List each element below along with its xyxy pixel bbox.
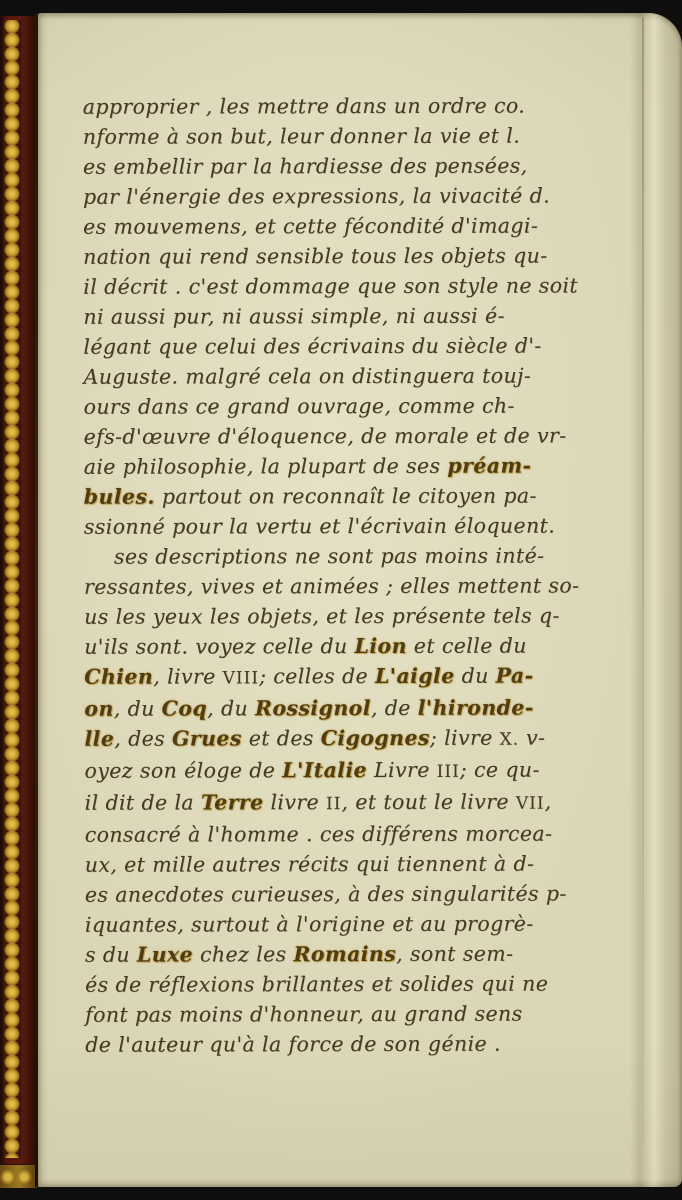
manuscript-text: approprier , les mettre dans un ordre co… xyxy=(83,90,664,1060)
script-text: ; celles de xyxy=(259,664,375,688)
gothic-word: Lion xyxy=(354,634,406,658)
text-line: lle, des Grues et des Cigognes; livre X.… xyxy=(84,722,662,756)
text-line: on, du Coq, du Rossignol, de l'hironde- xyxy=(84,692,662,724)
script-text: s du xyxy=(85,943,137,967)
text-line: approprier , les mettre dans un ordre co… xyxy=(83,90,661,122)
gilt-tail-band xyxy=(0,1164,37,1188)
roman-numeral: X. xyxy=(500,730,520,750)
text-line: efs-d'œuvre d'éloquence, de morale et de… xyxy=(84,420,662,452)
script-text: ours dans ce grand ouvrage, comme ch- xyxy=(84,394,515,419)
gothic-word: on xyxy=(84,697,113,721)
gothic-word: Grues xyxy=(172,726,242,750)
text-line: il dit de la Terre livre II, et tout le … xyxy=(85,786,663,820)
manuscript-page: approprier , les mettre dans un ordre co… xyxy=(37,13,682,1187)
script-text: iquantes, surtout à l'origine et au prog… xyxy=(85,912,534,937)
gothic-word: Luxe xyxy=(137,942,193,966)
roman-numeral: VII xyxy=(516,794,545,814)
script-text: Auguste. malgré cela on distinguera touj… xyxy=(83,364,531,389)
text-line: oyez son éloge de L'Italie Livre III; ce… xyxy=(84,754,662,788)
script-text: ssionné pour la vertu et l'écrivain éloq… xyxy=(84,514,555,539)
script-text: il dit de la xyxy=(85,790,201,814)
script-text: font pas moins d'honneur, au grand sens xyxy=(85,1002,522,1027)
text-line: ux, et mille autres récits qui tiennent … xyxy=(85,848,663,880)
script-text: approprier , les mettre dans un ordre co… xyxy=(83,94,525,119)
text-line: s du Luxe chez les Romains, sont sem- xyxy=(85,938,663,970)
gothic-word: Cigognes xyxy=(321,726,430,750)
script-text: , des xyxy=(114,727,172,751)
script-text: Livre xyxy=(367,758,437,782)
text-line: bules. partout on reconnaît le citoyen p… xyxy=(84,480,662,512)
gothic-word: L'aigle xyxy=(375,664,455,688)
gothic-word: bules. xyxy=(84,485,155,509)
script-text: de l'auteur qu'à la force de son génie . xyxy=(85,1032,501,1057)
script-text: ux, et mille autres récits qui tiennent … xyxy=(85,852,535,877)
script-text: du xyxy=(455,664,496,688)
script-text: , de xyxy=(371,696,418,720)
text-line: nforme à son but, leur donner la vie et … xyxy=(83,120,661,152)
script-text: , livre xyxy=(153,664,222,688)
script-text: ; livre xyxy=(430,726,500,750)
text-line: iquantes, surtout à l'origine et au prog… xyxy=(85,908,663,940)
script-text: efs-d'œuvre d'éloquence, de morale et de… xyxy=(84,423,567,448)
script-text: es mouvemens, et cette fécondité d'imagi… xyxy=(83,214,538,239)
gothic-word: Terre xyxy=(201,790,264,814)
text-line: ours dans ce grand ouvrage, comme ch- xyxy=(84,390,662,422)
roman-numeral: VIII xyxy=(223,668,259,688)
script-text: és de réflexions brillantes et solides q… xyxy=(85,972,548,997)
gothic-word: l'hironde- xyxy=(418,696,534,720)
text-line: ni aussi pur, ni aussi simple, ni aussi … xyxy=(83,300,661,332)
scanned-book-photo: { "colors": { "paper": "#d9d5b5", "ink":… xyxy=(0,0,682,1200)
script-text: aie philosophie, la plupart de ses xyxy=(84,454,448,479)
gothic-word: Rossignol xyxy=(255,696,371,720)
text-line: font pas moins d'honneur, au grand sens xyxy=(85,998,663,1030)
script-text: ; ce qu- xyxy=(460,758,540,782)
script-text: livre xyxy=(264,790,327,814)
gothic-word: préam- xyxy=(447,454,531,478)
script-text: nforme à son but, leur donner la vie et … xyxy=(83,124,520,149)
text-line: u'ils sont. voyez celle du Lion et celle… xyxy=(84,630,662,662)
script-text: u'ils sont. voyez celle du xyxy=(84,634,354,659)
text-line: ssionné pour la vertu et l'écrivain éloq… xyxy=(84,510,662,542)
script-text: ni aussi pur, ni aussi simple, ni aussi … xyxy=(83,304,505,329)
script-text: , du xyxy=(207,696,255,720)
text-line: légant que celui des écrivains du siècle… xyxy=(83,330,661,362)
script-text: es embellir par la hardiesse des pensées… xyxy=(83,154,528,179)
script-text: , du xyxy=(114,697,162,721)
script-text: , xyxy=(545,790,552,814)
script-text: par l'énergie des expressions, la vivaci… xyxy=(83,184,550,209)
gothic-word: L'Italie xyxy=(282,758,367,782)
text-line: par l'énergie des expressions, la vivaci… xyxy=(83,180,661,212)
script-text: chez les xyxy=(193,942,293,966)
script-text: consacré à l'homme . ces différens morce… xyxy=(85,822,553,847)
script-text: et celle du xyxy=(407,634,527,658)
text-line: es mouvemens, et cette fécondité d'imagi… xyxy=(83,210,661,242)
text-line: ressantes, vives et animées ; elles mett… xyxy=(84,570,662,602)
gothic-word: Coq xyxy=(162,696,208,720)
script-text: es anecdotes curieuses, à des singularit… xyxy=(85,881,567,906)
script-text: ressantes, vives et animées ; elles mett… xyxy=(84,573,579,598)
book-binding xyxy=(0,16,37,1188)
script-text: v- xyxy=(519,726,545,750)
text-line: il décrit . c'est dommage que son style … xyxy=(83,270,661,302)
text-line: es embellir par la hardiesse des pensées… xyxy=(83,150,661,182)
script-text: partout on reconnaît le citoyen pa- xyxy=(155,484,537,509)
gothic-word: Pa- xyxy=(496,664,534,688)
script-text: il décrit . c'est dommage que son style … xyxy=(83,273,578,298)
gilt-chain-ornament xyxy=(2,20,21,1158)
text-line: de l'auteur qu'à la force de son génie . xyxy=(85,1028,663,1060)
gothic-word: lle xyxy=(84,727,114,751)
script-text: , sont sem- xyxy=(396,942,513,966)
gothic-word: Chien xyxy=(84,665,153,689)
text-line: Auguste. malgré cela on distinguera touj… xyxy=(83,360,661,392)
roman-numeral: III xyxy=(437,762,460,782)
text-line: us les yeux les objets, et les présente … xyxy=(84,600,662,632)
script-text: nation qui rend sensible tous les objets… xyxy=(83,244,547,269)
text-line: és de réflexions brillantes et solides q… xyxy=(85,968,663,1000)
text-line: nation qui rend sensible tous les objets… xyxy=(83,240,661,272)
text-line: aie philosophie, la plupart de ses préam… xyxy=(84,450,662,482)
script-text: , et tout le livre xyxy=(341,790,515,814)
text-line: ses descriptions ne sont pas moins inté- xyxy=(84,540,662,572)
script-text: oyez son éloge de xyxy=(84,758,282,783)
script-text: ses descriptions ne sont pas moins inté- xyxy=(114,544,545,569)
text-line: consacré à l'homme . ces différens morce… xyxy=(85,818,663,850)
roman-numeral: II xyxy=(326,794,341,814)
script-text: et des xyxy=(242,726,321,750)
script-text: us les yeux les objets, et les présente … xyxy=(84,604,560,629)
gothic-word: Romains xyxy=(293,942,396,966)
text-line: Chien, livre VIII; celles de L'aigle du … xyxy=(84,660,662,694)
script-text: légant que celui des écrivains du siècle… xyxy=(83,334,541,359)
text-line: es anecdotes curieuses, à des singularit… xyxy=(85,878,663,910)
